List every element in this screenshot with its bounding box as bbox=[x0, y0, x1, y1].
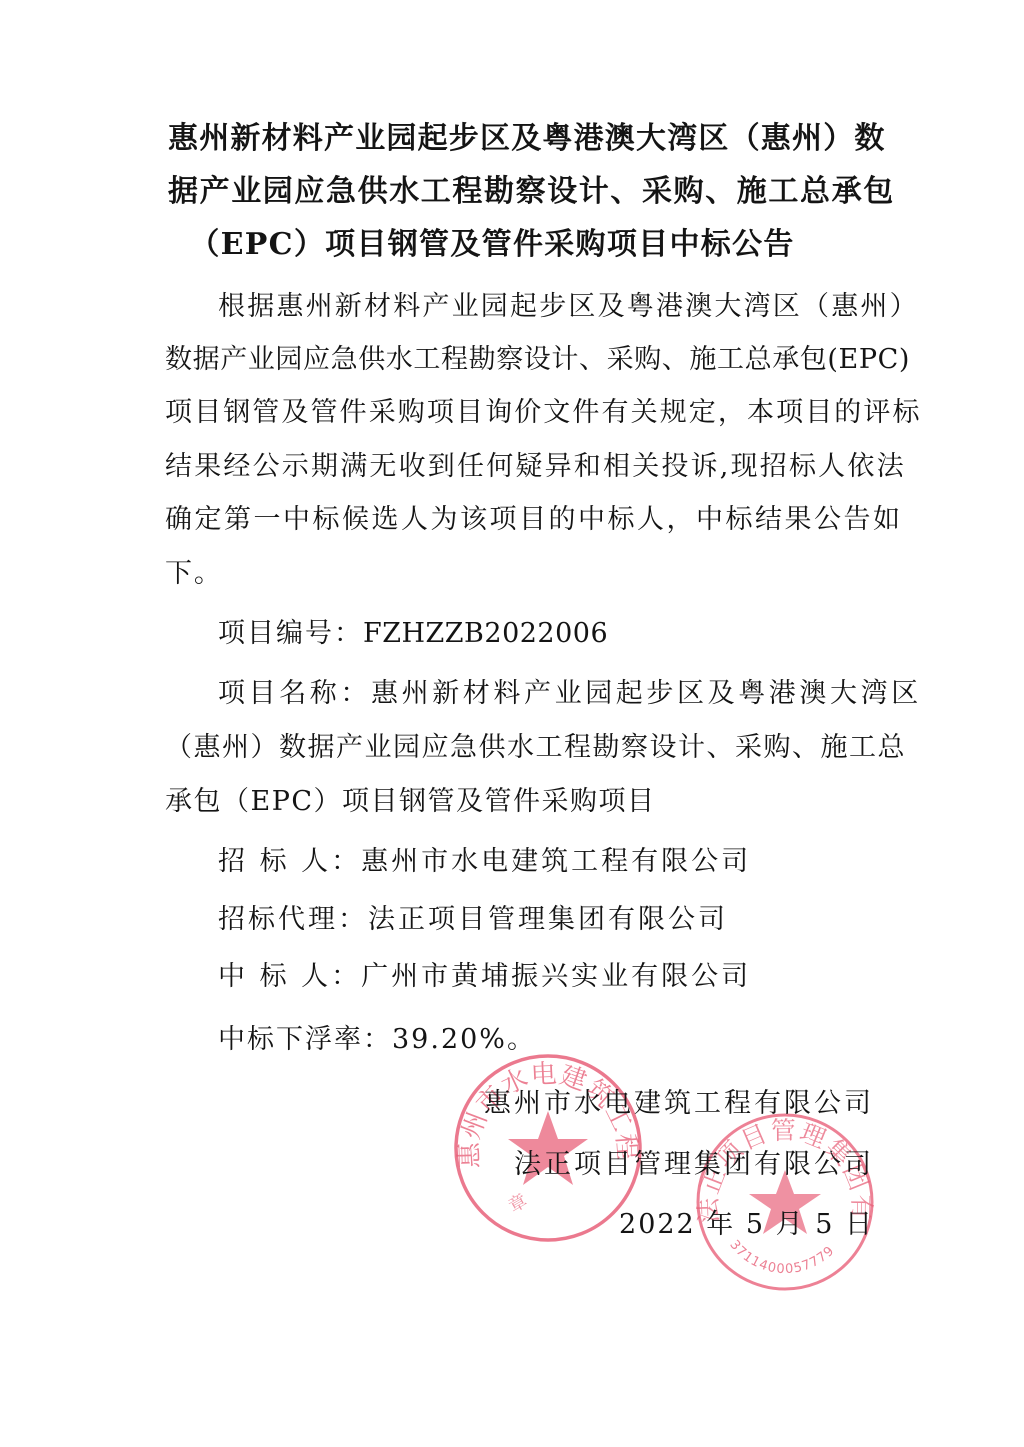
body-line-1: 根据惠州新材料产业园起步区及粤港澳大湾区（惠州） bbox=[218, 293, 919, 320]
project-number-value: FZHZZB2022006 bbox=[363, 618, 608, 649]
signature-org-1: 惠州市水电建筑工程有限公司 bbox=[484, 1090, 874, 1117]
discount-rate-value: 39.20%。 bbox=[392, 1024, 536, 1055]
signature-date: 2022 年 5 月 5 日 bbox=[619, 1211, 874, 1238]
winner-row: 中 标 人：广州市黄埔振兴实业有限公司 bbox=[218, 963, 751, 990]
project-name-line-2: （惠州）数据产业园应急供水工程勘察设计、采购、施工总 bbox=[165, 734, 906, 761]
tenderer-row: 招 标 人：惠州市水电建筑工程有限公司 bbox=[218, 848, 751, 875]
tenderer-label: 招 标 人： bbox=[218, 846, 361, 877]
document-page: 惠州市水电建筑工程有限公司 章 法正项目管理集团有限公司 37114000577… bbox=[0, 0, 1024, 1447]
discount-rate-label: 中标下浮率： bbox=[218, 1024, 392, 1055]
project-name-label: 项目名称： bbox=[218, 678, 371, 709]
project-name-line-3: 承包（EPC）项目钢管及管件采购项目 bbox=[165, 788, 656, 815]
body-line-5: 确定第一中标候选人为该项目的中标人，中标结果公告如 bbox=[165, 506, 903, 533]
winner-value: 广州市黄埔振兴实业有限公司 bbox=[361, 961, 751, 992]
agent-value: 法正项目管理集团有限公司 bbox=[368, 904, 728, 935]
document-text: 惠州新材料产业园起步区及粤港澳大湾区（惠州）数 据产业园应急供水工程勘察设计、采… bbox=[0, 0, 1024, 1447]
project-name-line-1: 惠州新材料产业园起步区及粤港澳大湾区 bbox=[371, 678, 922, 709]
title-line-1: 惠州新材料产业园起步区及粤港澳大湾区（惠州）数 bbox=[168, 124, 886, 154]
body-line-2: 数据产业园应急供水工程勘察设计、采购、施工总承包(EPC) bbox=[165, 346, 910, 373]
title-line-2: 据产业园应急供水工程勘察设计、采购、施工总承包 bbox=[168, 177, 895, 207]
title-line-3: （EPC）项目钢管及管件采购项目中标公告 bbox=[0, 230, 984, 260]
body-line-3: 项目钢管及管件采购项目询价文件有关规定，本项目的评标 bbox=[165, 399, 922, 426]
signature-org-2: 法正项目管理集团有限公司 bbox=[514, 1151, 874, 1178]
winner-label: 中 标 人： bbox=[218, 961, 361, 992]
agent-label: 招标代理： bbox=[218, 904, 368, 935]
body-line-6: 下。 bbox=[165, 560, 223, 587]
project-number-row: 项目编号：FZHZZB2022006 bbox=[218, 620, 608, 647]
tenderer-value: 惠州市水电建筑工程有限公司 bbox=[361, 846, 751, 877]
project-name-row: 项目名称：惠州新材料产业园起步区及粤港澳大湾区 bbox=[218, 680, 922, 707]
agent-row: 招标代理：法正项目管理集团有限公司 bbox=[218, 906, 728, 933]
body-line-4: 结果经公示期满无收到任何疑异和相关投诉,现招标人依法 bbox=[165, 453, 906, 480]
project-number-label: 项目编号： bbox=[218, 618, 363, 649]
discount-rate-row: 中标下浮率：39.20%。 bbox=[218, 1026, 536, 1053]
